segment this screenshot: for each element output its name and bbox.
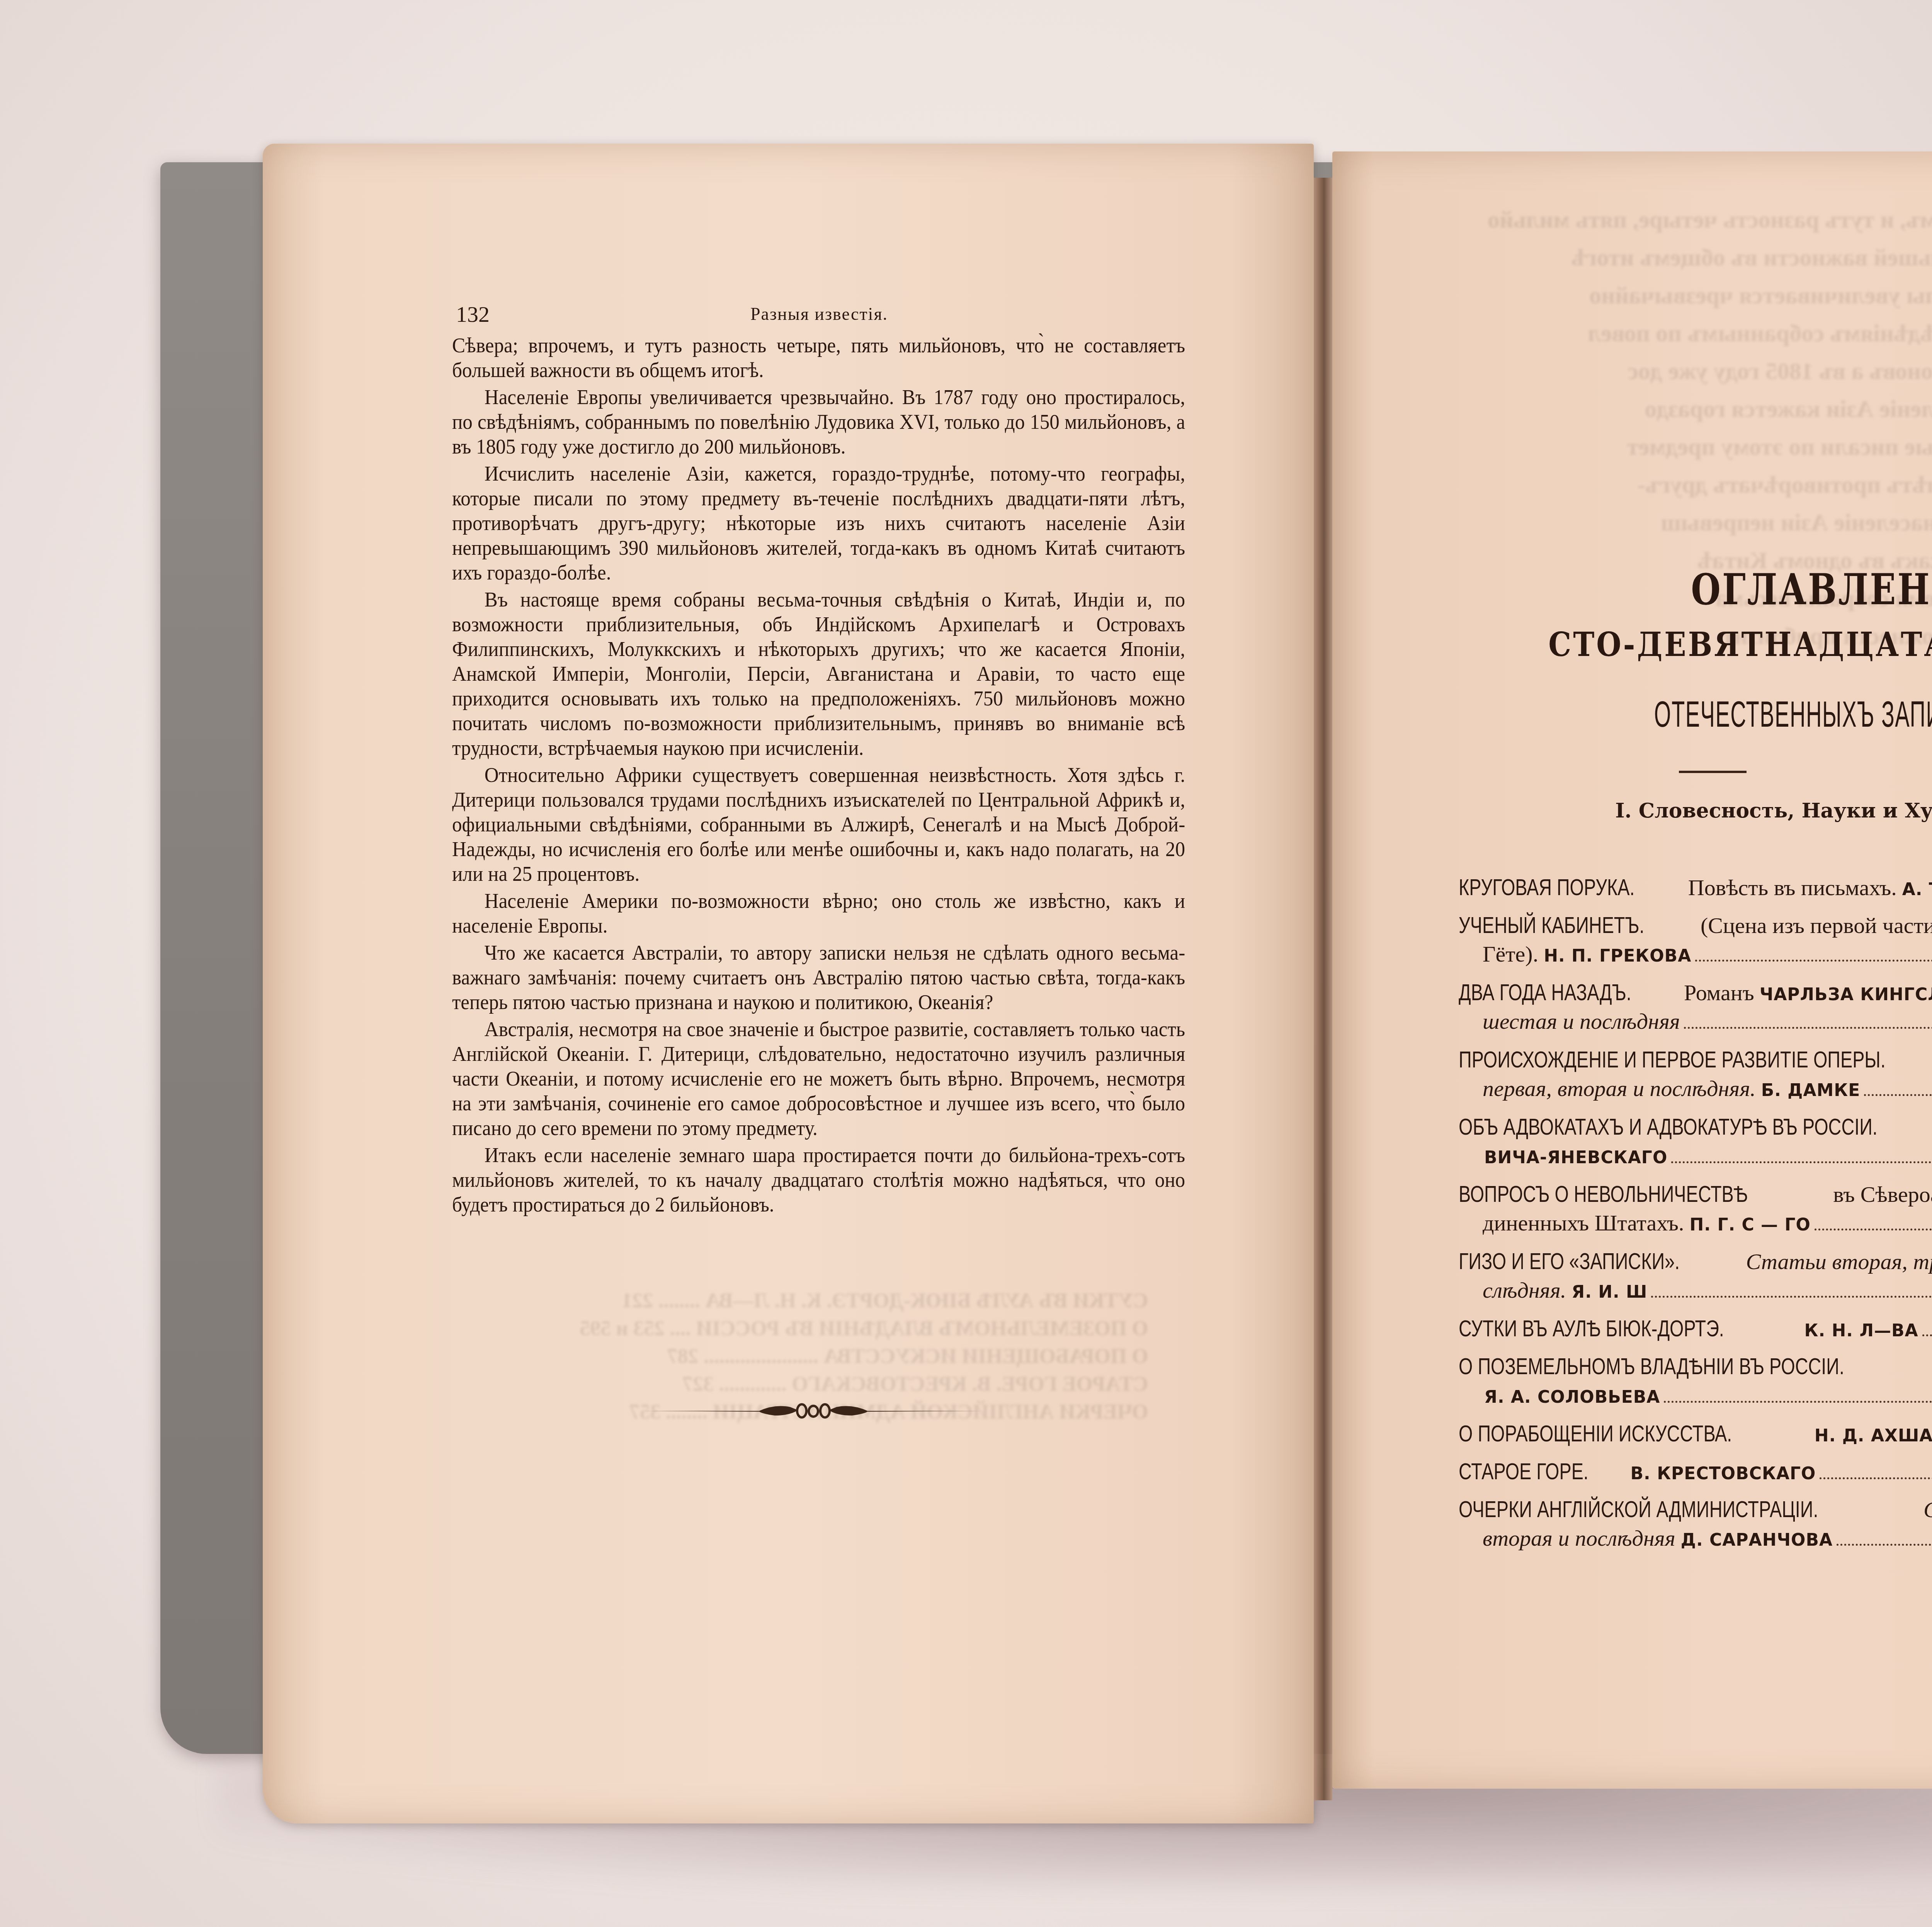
toc-line: ПРОИСХОЖДЕНІЕ И ПЕРВОЕ РАЗВИТІЕ ОПЕРЫ.Ст… (1459, 1046, 1932, 1076)
entry-author: Н. Д. АХШАРУМОВА (1815, 1426, 1932, 1446)
toc-entry: ОЧЕРКИ АНГЛІЙСКОЙ АДМИНИСТРАЦІИ.Статьи п… (1459, 1496, 1932, 1555)
entry-part-note: первая, вторая и послѣдняя. (1483, 1076, 1756, 1101)
toc-entry: ОБЪ АДВОКАТАХЪ И АДВОКАТУРѢ ВЪ РОССІИ.К.… (1459, 1113, 1932, 1172)
toc-line: Я. А. СОЛОВЬЕВА253 и 595 (1459, 1382, 1932, 1412)
toc-line: ВОПРОСЪ О НЕВОЛЬНИЧЕСТВѢвъ Сѣвероамерика… (1459, 1181, 1932, 1210)
entry-description: Повѣсть въ письмахъ. (1688, 875, 1897, 901)
entry-title: ОБЪ АДВОКАТАХЪ И АДВОКАТУРѢ ВЪ РОССІИ. (1459, 1113, 1878, 1140)
entry-title: О ПОЗЕМЕЛЬНОМЪ ВЛАДѢНІИ ВЪ РОССІИ. (1459, 1353, 1844, 1380)
entry-title: ГИЗО И ЕГО «ЗАПИСКИ». (1459, 1248, 1680, 1274)
toc-line: Гёте).Н. П. ГРЕКОВА35 (1459, 941, 1932, 970)
dot-leader (1684, 1027, 1932, 1029)
entry-part-note: Статьи вторая, третья и по- (1746, 1249, 1932, 1274)
entry-author: Б. ДАМКЕ (1761, 1081, 1861, 1100)
table-of-contents: КРУГОВАЯ ПОРУКА.Повѣсть въ письмахъ.А. Т… (1459, 874, 1932, 1563)
paragraph: Населеніе Европы увеличивается чрезвычай… (452, 385, 1185, 459)
toc-subtitle-volume: СТО-ДЕВЯТНАДЦАТАГО ТОМА (1457, 626, 1932, 664)
entry-title: КРУГОВАЯ ПОРУКА. (1459, 874, 1634, 901)
entry-description: (Сцена изъ первой части «Фауста» (1701, 913, 1932, 938)
entry-description: диненныхъ Штатахъ. (1483, 1210, 1684, 1236)
entry-author: П. Г. С — ГО (1690, 1215, 1811, 1235)
toc-entry: КРУГОВАЯ ПОРУКА.Повѣсть въ письмахъ.А. Т… (1459, 874, 1932, 903)
dot-leader (1837, 1544, 1932, 1546)
dot-leader (1864, 1094, 1932, 1096)
dot-leader (1695, 960, 1932, 962)
entry-author: В. КРЕСТОВСКАГО (1631, 1464, 1816, 1483)
toc-line: ГИЗО И ЕГО «ЗАПИСКИ».Статьи вторая, трет… (1459, 1248, 1932, 1277)
entry-author: К. Н. Л—ВА (1804, 1321, 1918, 1341)
paragraph: Итакъ если населеніе земнаго шара прости… (452, 1143, 1185, 1217)
paragraph: Австралія, несмотря на свое значеніе и б… (452, 1017, 1185, 1140)
toc-line: слѣдняя.Я. И. Ш185 и 547 (1459, 1277, 1932, 1307)
paragraph: Сѣвера; впрочемъ, и тутъ разность четыре… (452, 333, 1185, 382)
book-spine-gutter (1314, 178, 1332, 1800)
title-divider-rule (1679, 771, 1747, 773)
entry-description: Гёте). (1483, 941, 1538, 967)
left-page-header: 132 Разныя известія. (456, 301, 1182, 332)
toc-line: ОБЪ АДВОКАТАХЪ И АДВОКАТУРѢ ВЪ РОССІИ.К.… (1459, 1113, 1932, 1143)
toc-entry: ГИЗО И ЕГО «ЗАПИСКИ».Статьи вторая, трет… (1459, 1248, 1932, 1307)
dot-leader (1815, 1229, 1932, 1230)
toc-line: первая, вторая и послѣдняя.Б. ДАМКЕ121 и… (1459, 1076, 1932, 1105)
paragraph: Населеніе Америки по-возможности вѣрно; … (452, 889, 1185, 938)
left-page-body: Сѣвера; впрочемъ, и тутъ разность четыре… (452, 333, 1185, 1219)
toc-entry: СТАРОЕ ГОРЕ.В. КРЕСТОВСКАГО327 (1459, 1458, 1932, 1487)
entry-title: ВОПРОСЪ О НЕВОЛЬНИЧЕСТВѢ (1459, 1181, 1748, 1207)
entry-title: УЧЕНЫЙ КАБИНЕТЪ. (1459, 912, 1644, 938)
entry-part-note: шестая и послѣдняя (1483, 1008, 1680, 1034)
entry-author: Я. А. СОЛОВЬЕВА (1484, 1387, 1660, 1407)
toc-line: вторая и послѣдняяД. САРАНЧОВА357 (1459, 1525, 1932, 1555)
entry-description: Романъ (1684, 980, 1754, 1006)
toc-entry: УЧЕНЫЙ КАБИНЕТЪ.(Сцена изъ первой части … (1459, 912, 1932, 970)
toc-subtitle-journal: ОТЕЧЕСТВЕННЫХЪ ЗАПИСОКЪ. (1562, 693, 1932, 736)
section-heading: I. Словесность, Науки и Художества. (1457, 799, 1932, 822)
toc-line: ВИЧА-ЯНЕВСКАГО145 (1459, 1143, 1932, 1172)
entry-author: Я. И. Ш (1571, 1282, 1647, 1302)
toc-entry: О ПОЗЕМЕЛЬНОМЪ ВЛАДѢНІИ ВЪ РОССІИ.Статья… (1459, 1353, 1932, 1412)
entry-title: СУТКИ ВЪ АУЛѢ БІЮК-ДОРТЭ. (1459, 1315, 1724, 1342)
dot-leader (1922, 1334, 1932, 1336)
dot-leader (1651, 1296, 1932, 1298)
tailpiece-ornament-icon (643, 1399, 983, 1422)
toc-line: УЧЕНЫЙ КАБИНЕТЪ.(Сцена изъ первой части … (1459, 912, 1932, 941)
toc-line: шестая и послѣдняя53 (1459, 1008, 1932, 1038)
dot-leader (1671, 1161, 1932, 1163)
paragraph: Что же касается Австраліи, то автору зап… (452, 940, 1185, 1014)
toc-line: ОЧЕРКИ АНГЛІЙСКОЙ АДМИНИСТРАЦІИ.Статьи п… (1459, 1496, 1932, 1525)
toc-entry: О ПОРАБОЩЕНІИ ИСКУССТВА.Н. Д. АХШАРУМОВА… (1459, 1420, 1932, 1449)
toc-entry: СУТКИ ВЪ АУЛѢ БІЮК-ДОРТЭ.К. Н. Л—ВА221 (1459, 1315, 1932, 1344)
toc-entry: ПРОИСХОЖДЕНІЕ И ПЕРВОЕ РАЗВИТІЕ ОПЕРЫ.Ст… (1459, 1046, 1932, 1105)
toc-entry: ВОПРОСЪ О НЕВОЛЬНИЧЕСТВѢвъ Сѣвероамерика… (1459, 1181, 1932, 1239)
entry-author: ВИЧА-ЯНЕВСКАГО (1484, 1148, 1667, 1167)
toc-line: КРУГОВАЯ ПОРУКА.Повѣсть въ письмахъ.А. Т… (1459, 874, 1932, 903)
entry-title: ПРОИСХОЖДЕНІЕ И ПЕРВОЕ РАЗВИТІЕ ОПЕРЫ. (1459, 1046, 1886, 1073)
entry-author: А. ТУЛУБЬЕВА. (1902, 880, 1932, 899)
toc-line: О ПОЗЕМЕЛЬНОМЪ ВЛАДѢНІИ ВЪ РОССІИ.Статья… (1459, 1353, 1932, 1382)
entry-author: Д. САРАНЧОВА (1681, 1530, 1833, 1550)
toc-line: СУТКИ ВЪ АУЛѢ БІЮК-ДОРТЭ.К. Н. Л—ВА221 (1459, 1315, 1932, 1344)
entry-title: ДВА ГОДА НАЗАДЪ. (1459, 979, 1631, 1006)
entry-part-note: вторая и послѣдняя (1483, 1525, 1675, 1551)
toc-line: диненныхъ Штатахъ.П. Г. С — ГО163 (1459, 1210, 1932, 1239)
entry-title: ОЧЕРКИ АНГЛІЙСКОЙ АДМИНИСТРАЦІИ. (1459, 1496, 1818, 1523)
dot-leader (1820, 1477, 1932, 1479)
entry-author: ЧАРЛЬЗА КИНГСЛИ. (1760, 985, 1932, 1004)
entry-part-note: Статьи первая, (1923, 1497, 1932, 1523)
paragraph: Въ настояще время собраны весьма-точныя … (452, 587, 1185, 760)
toc-line: О ПОРАБОЩЕНІИ ИСКУССТВА.Н. Д. АХШАРУМОВА… (1459, 1420, 1932, 1449)
toc-line: ДВА ГОДА НАЗАДЪ.РоманъЧАРЛЬЗА КИНГСЛИ.Ча… (1459, 979, 1932, 1008)
running-head: Разныя известія. (456, 304, 1182, 324)
dot-leader (1664, 1401, 1932, 1403)
entry-author: Н. П. ГРЕКОВА (1544, 946, 1691, 966)
toc-line: СТАРОЕ ГОРЕ.В. КРЕСТОВСКАГО327 (1459, 1458, 1932, 1487)
entry-part-note: слѣдняя. (1483, 1277, 1566, 1303)
entry-title: О ПОРАБОЩЕНІИ ИСКУССТВА. (1459, 1420, 1732, 1447)
toc-entry: ДВА ГОДА НАЗАДЪ.РоманъЧАРЛЬЗА КИНГСЛИ.Ча… (1459, 979, 1932, 1038)
entry-description: въ Сѣвероамериканскихъ Сое- (1833, 1181, 1932, 1207)
entry-title: СТАРОЕ ГОРЕ. (1459, 1458, 1588, 1485)
toc-title: ОГЛАВЛЕНІЕ (1457, 564, 1932, 614)
paragraph: Исчислить населеніе Азіи, кажется, гораз… (452, 461, 1185, 585)
paragraph: Относительно Африки существуетъ совершен… (452, 763, 1185, 886)
